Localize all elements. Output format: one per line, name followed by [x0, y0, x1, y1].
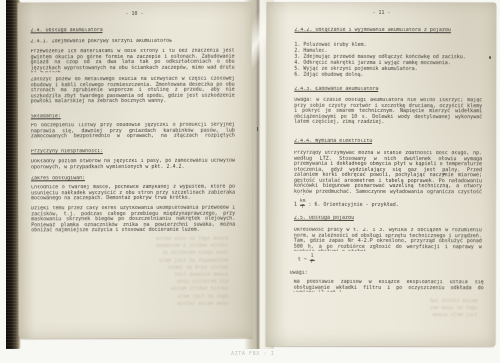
section-heading-24: 2.4. Obsługa akumulatora — [31, 28, 103, 34]
fraction-prefix: t ~ — [298, 257, 307, 263]
paragraph: Uwaga: w czasie obsługi akumulatora nie … — [294, 98, 482, 126]
list-item: 6. Zdjąć obudowę dolną. — [294, 72, 486, 79]
scope-heading: Zakres obsługiwań: — [31, 176, 85, 182]
fraction-denominator: F — [310, 259, 315, 265]
left-page-number: - 10 - — [17, 11, 251, 18]
formula-line: 1 km T : 6. Orientacyjnie - przykład. — [294, 200, 399, 210]
spine-crease-mark — [257, 127, 258, 131]
heading-243: 2.4.3. Ładowanie akumulatora — [294, 87, 378, 93]
ghost-line: uzow meina satnie — [76, 301, 228, 309]
note-heading: Uwagi: — [290, 271, 308, 277]
paragraph: Dokładny poziom otworów na języczki i pa… — [31, 159, 235, 172]
note-heading: Składanie: — [31, 114, 61, 120]
heading-242: 2.4.2. Odłączanie i wyjmowanie akumulato… — [294, 28, 451, 34]
paragraph: Dzięki temu przez cały okres użytkowania… — [31, 206, 235, 235]
paragraph: Założyć pozew do metalowego okucia na uc… — [31, 77, 235, 106]
paragraph: Na podstawie zapisów w książce eksploata… — [294, 280, 484, 292]
scan-caption: AZTA FBX : I — [231, 351, 274, 357]
scan-speck — [489, 56, 491, 59]
left-page: - 10 - 2.4. Obsługa akumulatora 2.4.1. Z… — [17, 2, 252, 339]
scanned-book-spread: - 10 - 2.4. Obsługa akumulatora 2.4.1. Z… — [0, 0, 500, 363]
fraction: 1 F — [310, 255, 315, 265]
heading-244: 2.4.4. Wymiana elektrolitu — [294, 139, 372, 145]
formula-prefix: 1 — [294, 202, 297, 208]
fraction: km T — [300, 200, 305, 210]
reasons-heading: Przyczyny niesprawności: — [31, 149, 103, 155]
show-through-ghost-text: eiwom oget an uzow meina satnie owbrzi a… — [76, 236, 228, 313]
scan-speck — [443, 173, 445, 175]
paragraph: Po odczepieniu listwy przy obudowie języ… — [31, 123, 235, 141]
paragraph: Okresowość pracy w t. 2. i 3. wynika z o… — [294, 228, 482, 251]
heading-25: 2.5. Obsługa pojazdu — [294, 216, 354, 222]
formula-rest: : 6. Orientacyjnie - przykład. — [308, 202, 398, 208]
fraction-line: t ~ 1 F — [298, 255, 315, 265]
ghost-line: tsej meln aiwom — [386, 312, 478, 319]
paragraph: Chłodnice o twardej masce, pochewce zamy… — [31, 185, 235, 203]
show-through-ghost-text: meina satnie owb oget an uzow mei tsej m… — [386, 298, 478, 320]
right-page-number: - 11 - — [266, 10, 496, 17]
paragraph: Przyrządy utrzymywać można w stanie zdat… — [294, 151, 482, 195]
right-page: - 11 - 2.4.2. Odłączanie i wyjmowanie ak… — [266, 2, 497, 347]
procedure-list: 1. Poluzować śruby klem. 2. Hamulec. 3. … — [294, 42, 486, 81]
fraction-denominator: T — [300, 204, 305, 210]
paragraph: Przewożenie ich materiałami w obie stron… — [31, 49, 235, 73]
sub-heading-241: 2.4.1. Zdejmowanie pokrywy skrzyni akumu… — [31, 39, 173, 45]
